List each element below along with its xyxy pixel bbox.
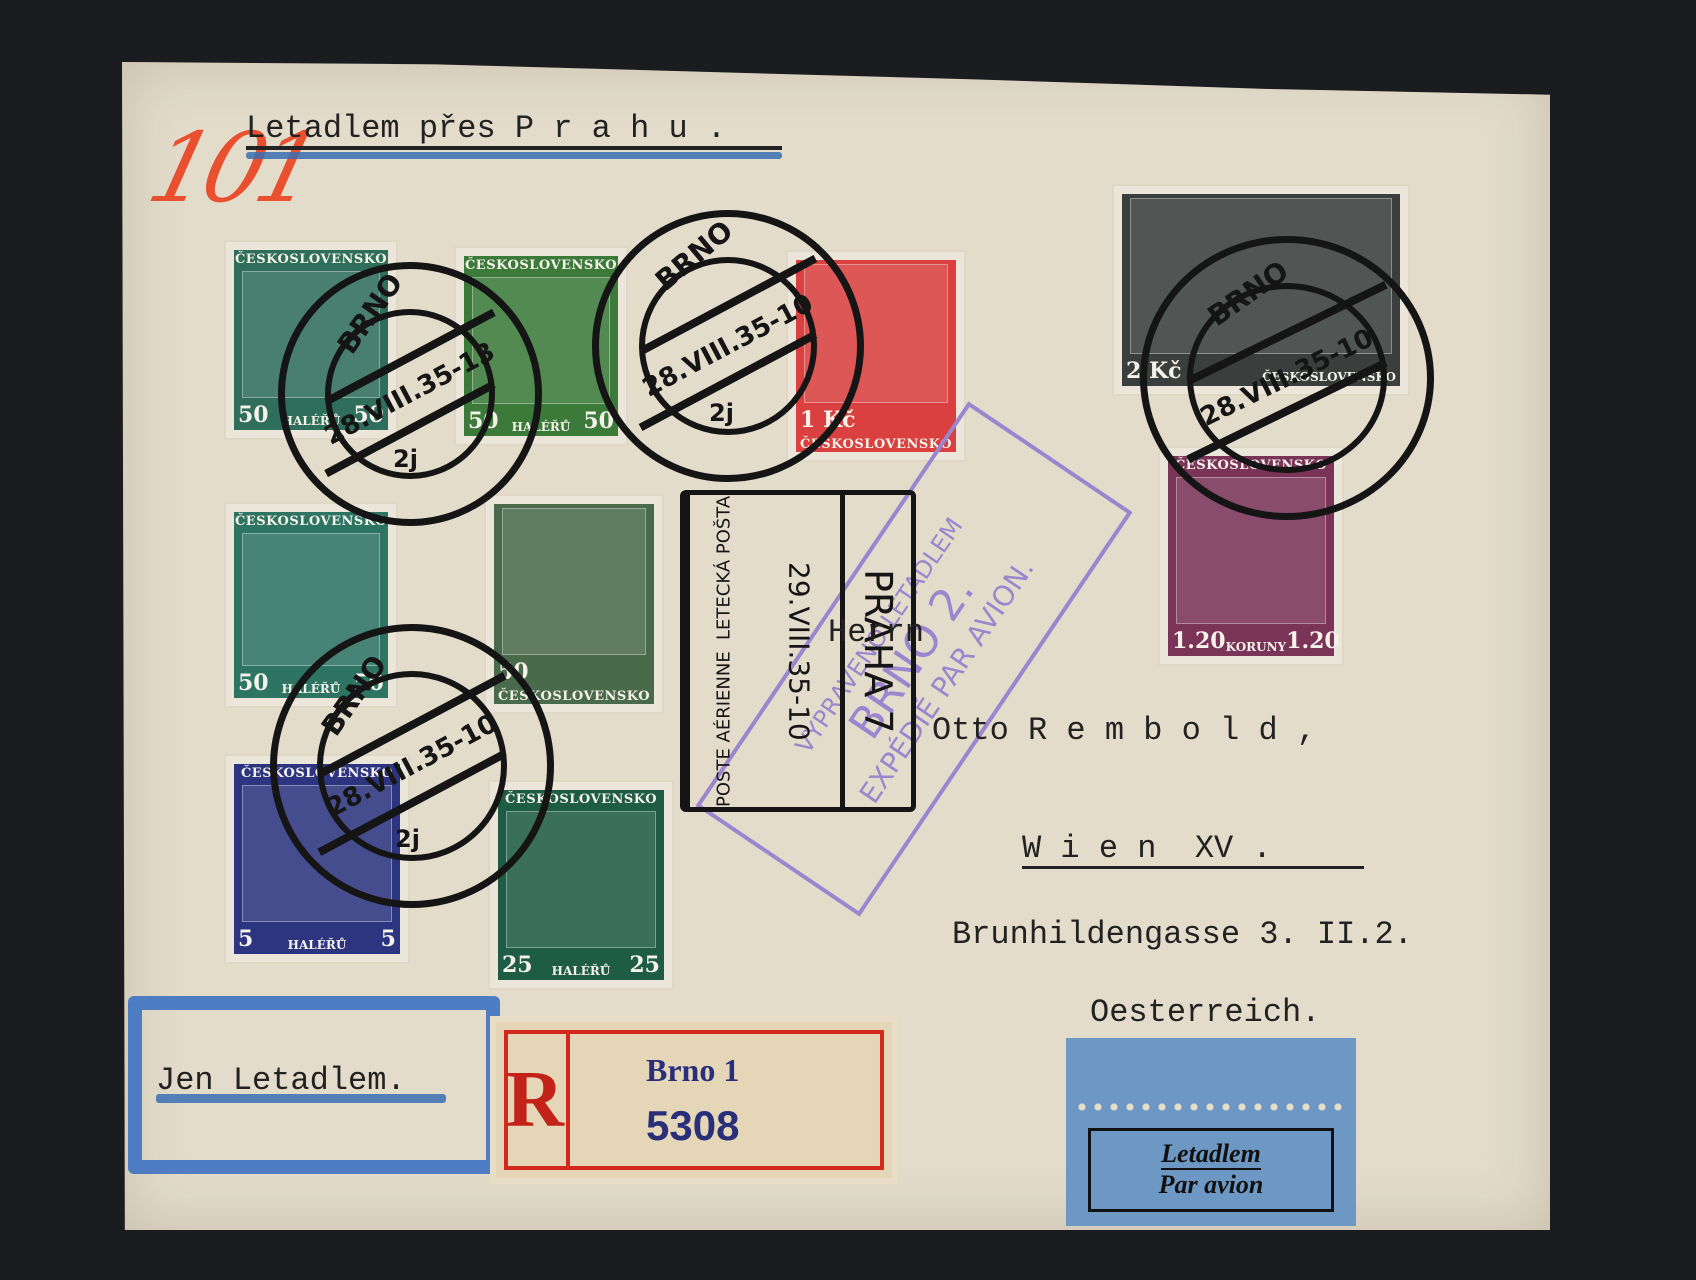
address-salutation: Herrn bbox=[828, 614, 924, 651]
address-name: Otto R e m b o l d , bbox=[932, 712, 1316, 749]
address-street: Brunhildengasse 3. II.2. bbox=[952, 916, 1413, 953]
address-country: Oesterreich. bbox=[1090, 994, 1320, 1031]
registration-label: R Brno 1 5308 bbox=[490, 1016, 898, 1184]
blue-pencil-underline bbox=[246, 152, 782, 159]
typed-underline bbox=[246, 146, 782, 150]
postmark-brno-2: BRNO 28.VIII.35-10 2j bbox=[592, 210, 864, 482]
airmail-label: Letadlem Par avion bbox=[1066, 1038, 1356, 1226]
registration-letter: R bbox=[504, 1030, 570, 1170]
praha-transit-mark: POSTE AÉRIENNE LETECKÁ POŠTA 29.VIII.35-… bbox=[680, 490, 916, 812]
top-routing-text: Letadlem přes P r a h u . bbox=[246, 110, 726, 147]
perforation bbox=[1074, 1102, 1348, 1112]
registration-office: Brno 1 bbox=[646, 1052, 739, 1089]
address-city: W i e n XV . bbox=[1022, 830, 1272, 867]
bottom-blue-underline bbox=[156, 1094, 446, 1103]
city-underline bbox=[1022, 866, 1364, 869]
registration-number: 5308 bbox=[646, 1102, 739, 1150]
postmark-brno-3: BRNO 28.VIII.35-10 2j bbox=[270, 624, 554, 908]
postmark-brno-1: BRNO 28.VIII.35-13 2j bbox=[278, 262, 542, 526]
postmark-brno-4: BRNO 28.VIII.35-10 bbox=[1140, 236, 1434, 520]
